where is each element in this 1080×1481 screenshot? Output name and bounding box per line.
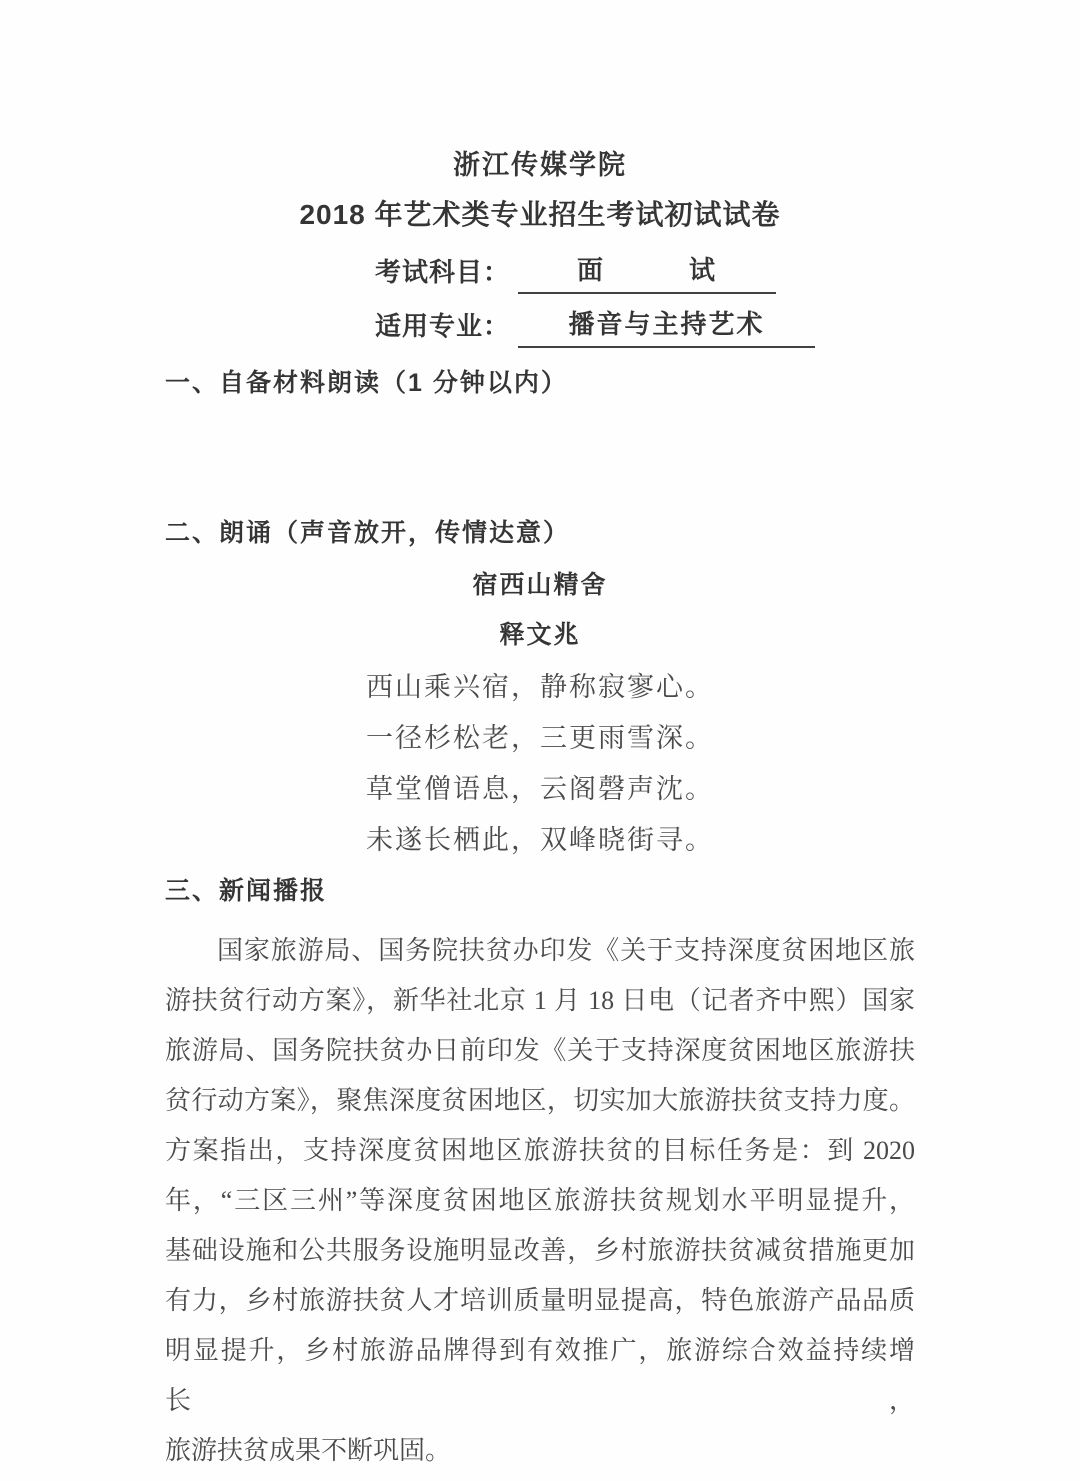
news-line: 明显提升，乡村旅游品牌得到有效推广，旅游综合效益持续增长， <box>165 1326 915 1426</box>
news-line: 国家旅游局、国务院扶贫办印发《关于支持深度贫困地区旅 <box>165 926 915 976</box>
applicable-major-value: 播音与主持艺术 <box>518 302 815 348</box>
exam-subject-label: 考试科目： <box>375 250 510 294</box>
poem-body: 西山乘兴宿，静称寂寥心。 一径杉松老，三更雨雪深。 草堂僧语息，云阁磬声沈。 未… <box>165 662 915 866</box>
section-3-heading: 三、新闻播报 <box>165 868 915 914</box>
exam-subject-row: 考试科目：面 试 <box>375 248 915 294</box>
section-1-heading: 一、自备材料朗读（1 分钟以内） <box>165 360 915 406</box>
news-paragraph: 国家旅游局、国务院扶贫办印发《关于支持深度贫困地区旅 游扶贫行动方案》，新华社北… <box>165 926 915 1476</box>
news-line: 游扶贫行动方案》，新华社北京 1 月 18 日电（记者齐中熙）国家 <box>165 976 915 1026</box>
news-line: 基础设施和公共服务设施明显改善，乡村旅游扶贫减贫措施更加 <box>165 1226 915 1276</box>
applicable-major-row: 适用专业：播音与主持艺术 <box>375 302 915 348</box>
poem-line: 一径杉松老，三更雨雪深。 <box>165 713 915 764</box>
section-2-heading: 二、朗诵（声音放开，传情达意） <box>165 510 915 556</box>
news-line: 旅游局、国务院扶贫办日前印发《关于支持深度贫困地区旅游扶 <box>165 1026 915 1076</box>
news-line: 贫行动方案》，聚焦深度贫困地区，切实加大旅游扶贫支持力度。 <box>165 1076 915 1126</box>
poem-author: 释文兆 <box>165 612 915 658</box>
school-title: 浙江传媒学院 <box>165 142 915 188</box>
news-line: 年，“三区三州”等深度贫困地区旅游扶贫规划水平明显提升， <box>165 1176 915 1226</box>
exam-paper-page: 浙江传媒学院 2018 年艺术类专业招生考试初试试卷 考试科目：面 试 适用专业… <box>0 0 1080 1481</box>
poem-title: 宿西山精舍 <box>165 562 915 608</box>
news-line: 有力，乡村旅游扶贫人才培训质量明显提高，特色旅游产品品质 <box>165 1276 915 1326</box>
poem-line: 草堂僧语息，云阁磬声沈。 <box>165 764 915 815</box>
news-line: 旅游扶贫成果不断巩固。 <box>165 1426 915 1476</box>
poem-line: 未遂长栖此，双峰晓街寻。 <box>165 815 915 866</box>
news-line: 方案指出，支持深度贫困地区旅游扶贫的目标任务是：到 2020 <box>165 1126 915 1176</box>
applicable-major-label: 适用专业： <box>375 304 510 348</box>
poem-line: 西山乘兴宿，静称寂寥心。 <box>165 662 915 713</box>
exam-subject-value: 面 试 <box>518 248 776 294</box>
exam-paper-title: 2018 年艺术类专业招生考试初试试卷 <box>165 192 915 238</box>
